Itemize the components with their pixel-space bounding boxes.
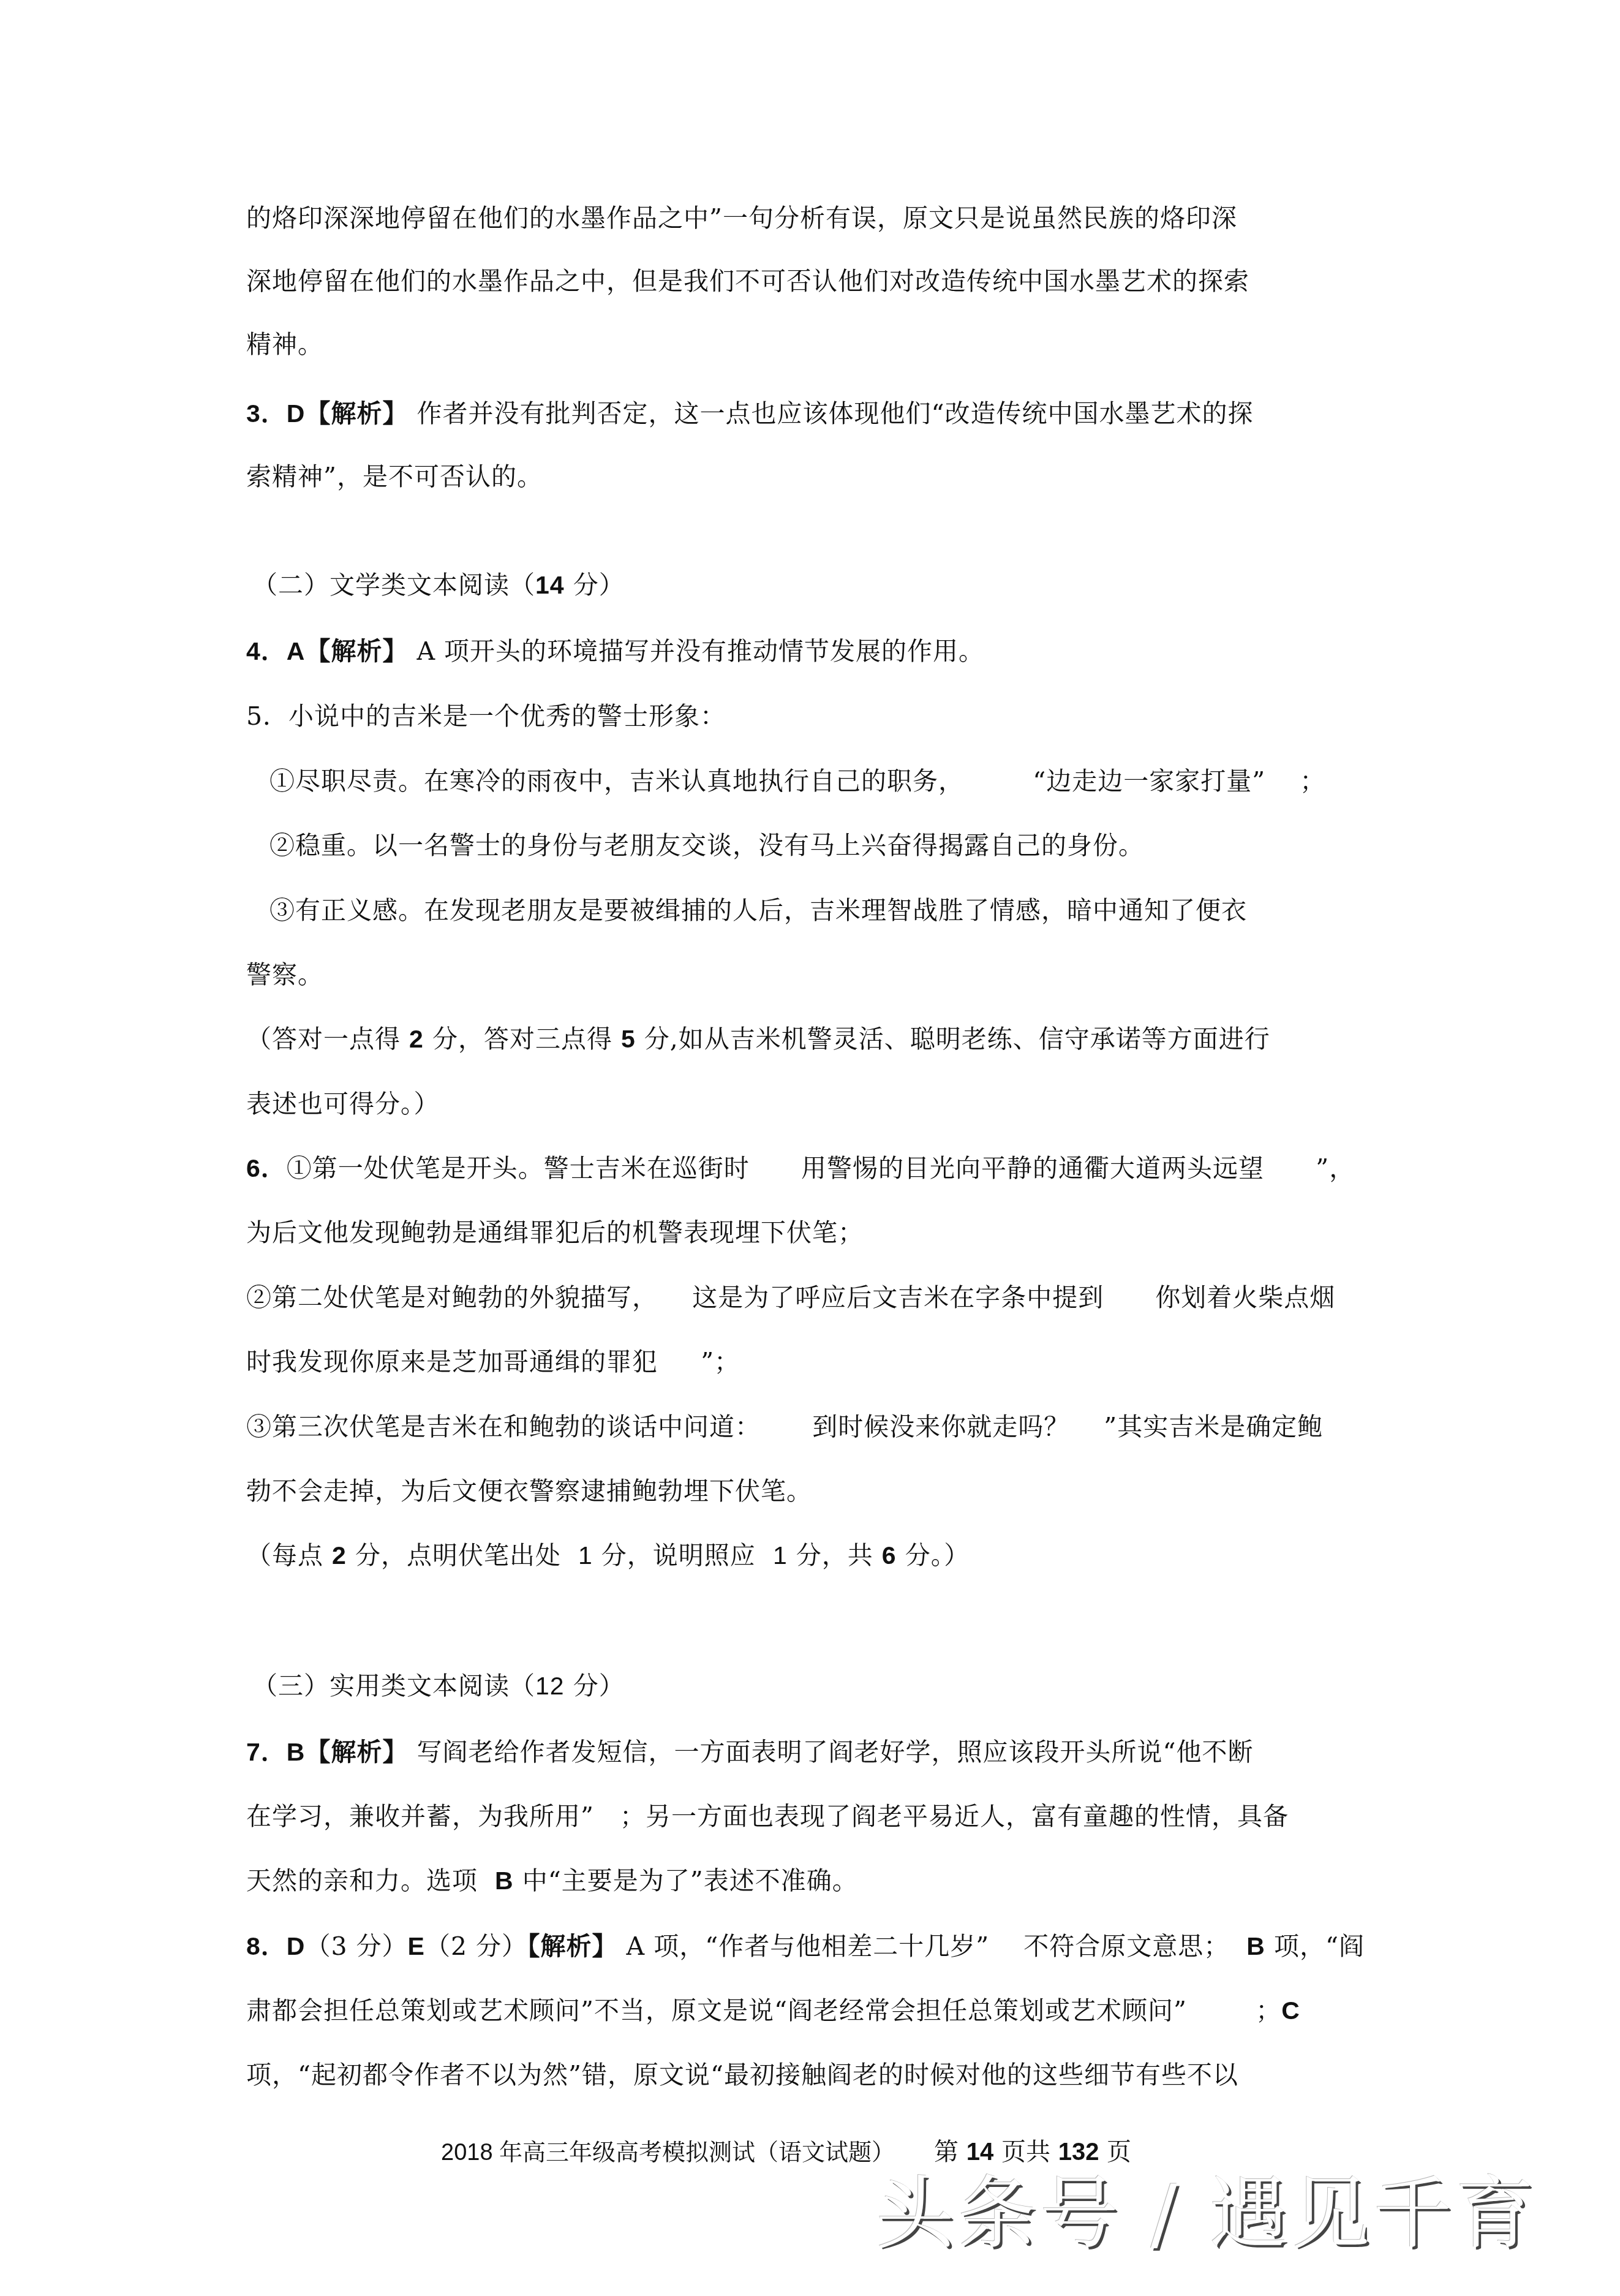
q5-scoring-line-1: （答对一点得 2 分，答对三点得 5 分,如从吉米机警灵活、聪明老练、信守承诺等… xyxy=(246,1024,1270,1054)
q8-text-1a: A 项，“作者与他相差二十几岁” 不符合原文意思； xyxy=(618,1932,1247,1961)
q7-line-1: 7．B【解析】 写阎老给作者发短信，一方面表明了阎老好学，照应该段开头所说“他不… xyxy=(246,1737,1253,1767)
page-suffix: 页 xyxy=(1099,2138,1131,2166)
q6-line-1: 6．①第一处伏笔是开头。警士吉米在巡街时 用警惕的目光向平静的通衢大道两头远望 … xyxy=(246,1153,1355,1184)
page-mid: 页共 xyxy=(993,2138,1058,2166)
page-current: 14 xyxy=(966,2139,994,2166)
q5-scoring-line-2: 表述也可得分。） xyxy=(246,1089,440,1119)
watermark: 头条号 / 遇见千育 xyxy=(876,2172,1538,2257)
q6-line-2: 为后文他发现鲍勃是通缉罪犯后的机警表现埋下伏笔； xyxy=(246,1217,864,1248)
section-3-title: （三）实用类文本阅读（ xyxy=(252,1671,535,1701)
q3-number: 3． xyxy=(246,399,287,428)
q7-option-b: B xyxy=(495,1867,514,1895)
section-2-title: （二）文学类文本阅读（ xyxy=(252,570,535,600)
footer-title-text: 2018 年高三年级高考模拟测试（语文试题） xyxy=(441,2140,895,2166)
q6-scoring-score-3: 1 xyxy=(773,1541,788,1569)
q3-answer: D xyxy=(287,399,306,428)
q2-analysis-line-1: 的烙印深深地停留在他们的水墨作品之中”一句分析有误，原文只是说虽然民族的烙印深 xyxy=(246,203,1237,233)
q6-line-4: 时我发现你原来是芝加哥通缉的罪犯 ”； xyxy=(246,1346,740,1377)
q6-scoring-score-4: 6 xyxy=(882,1541,897,1569)
q4-tag: 【解析】 xyxy=(305,637,408,665)
q5-point-3-cont: 警察。 xyxy=(246,959,323,990)
q7-text-1: 写阎老给作者发短信，一方面表明了阎老好学，照应该段开头所说“他不断 xyxy=(408,1737,1253,1767)
q8-option-c: C xyxy=(1281,1996,1300,2025)
q4-text: A 项开头的环境描写并没有推动情节发展的作用。 xyxy=(408,636,984,666)
q6-scoring-text-c: 分，说明照应 xyxy=(593,1541,773,1570)
q8-line-1: 8．D（3 分）E（2 分）【解析】 A 项，“作者与他相差二十几岁” 不符合原… xyxy=(246,1931,1365,1962)
q3-line-1: 3．D【解析】 作者并没有批判否定，这一点也应该体现他们“改造传统中国水墨艺术的… xyxy=(246,398,1253,429)
section-2-score: 14 xyxy=(535,571,565,599)
q5-scoring-text-b: 分，答对三点得 xyxy=(424,1024,621,1054)
q6-line-6: 勃不会走掉，为后文便衣警察逮捕鲍勃埋下伏笔。 xyxy=(246,1476,812,1506)
q5-scoring-text-c: 分,如从吉米机警灵活、聪明老练、信守承诺等方面进行 xyxy=(636,1024,1270,1054)
q8-option-b: B xyxy=(1246,1932,1265,1960)
q5-intro: 5．小说中的吉米是一个优秀的警士形象： xyxy=(246,701,726,731)
q6-scoring-score-2: 1 xyxy=(578,1541,593,1569)
q6-scoring: （每点 2 分，点明伏笔出处 1 分，说明照应 1 分，共 6 分。） xyxy=(246,1540,970,1571)
q6-scoring-text-d: 分，共 xyxy=(788,1541,882,1570)
q5-scoring-score-2: 5 xyxy=(621,1025,636,1053)
section-3-score: 12 xyxy=(535,1672,565,1700)
q7-tag: 【解析】 xyxy=(305,1738,408,1766)
q8-tag: 【解析】 xyxy=(527,1932,618,1960)
q6-scoring-text-a: （每点 xyxy=(246,1541,332,1570)
q8-answer-2: E xyxy=(408,1932,425,1960)
q7-number: 7． xyxy=(246,1738,287,1766)
q6-line-3: ②第二处伏笔是对鲍勃的外貌描写， 这是为了呼应后文吉米在字条中提到 你划着火柴点… xyxy=(246,1282,1335,1313)
q8-number: 8． xyxy=(246,1932,287,1960)
q5-scoring-score-1: 2 xyxy=(409,1025,424,1053)
footer-title: 2018 年高三年级高考模拟测试（语文试题） xyxy=(441,2138,895,2167)
q3-text-1: 作者并没有批判否定，这一点也应该体现他们“改造传统中国水墨艺术的探 xyxy=(408,399,1253,428)
q7-line-3: 天然的亲和力。选项 B 中“主要是为了”表述不准确。 xyxy=(246,1865,858,1896)
q8-score-1: （3 分） xyxy=(305,1932,407,1961)
q7-text-3c: 中“主要是为了”表述不准确。 xyxy=(514,1866,858,1895)
section-2-score-unit: 分） xyxy=(565,570,625,600)
q8-text-2a: 肃都会担任总策划或艺术顾问”不当，原文是说“阎老经常会担任总策划或艺术顾问” ； xyxy=(246,1996,1281,2025)
section-3-heading: （三）实用类文本阅读（12 分） xyxy=(252,1671,625,1701)
q8-score-2: （2 分） xyxy=(425,1932,527,1961)
q7-line-2: 在学习，兼收并蓄，为我所用” ；另一方面也表现了阎老平易近人，富有童趣的性情，具… xyxy=(246,1801,1289,1832)
q6-text-1: ①第一处伏笔是开头。警士吉米在巡街时 用警惕的目光向平静的通衢大道两头远望 ”， xyxy=(287,1154,1355,1183)
q6-scoring-text-e: 分。） xyxy=(897,1541,970,1570)
q3-line-2: 索精神”，是不可否认的。 xyxy=(246,461,543,492)
q3-tag: 【解析】 xyxy=(305,399,408,428)
q8-text-1c: 项，“阎 xyxy=(1265,1932,1365,1961)
page-prefix: 第 xyxy=(934,2138,966,2166)
q2-analysis-line-3: 精神。 xyxy=(246,329,323,360)
q8-line-2: 肃都会担任总策划或艺术顾问”不当，原文是说“阎老经常会担任总策划或艺术顾问” ；… xyxy=(246,1995,1300,2026)
q6-scoring-score-1: 2 xyxy=(332,1541,347,1569)
q7-answer: B xyxy=(287,1738,306,1766)
page-total: 132 xyxy=(1058,2139,1099,2166)
q7-text-3a: 天然的亲和力。选项 xyxy=(246,1866,495,1895)
q5-point-2: ②稳重。以一名警士的身份与老朋友交谈，没有马上兴奋得揭露自己的身份。 xyxy=(269,830,1144,861)
q5-scoring-text-a: （答对一点得 xyxy=(246,1024,409,1054)
q4-answer: A xyxy=(287,637,306,665)
section-3-score-unit: 分） xyxy=(565,1671,625,1701)
q6-scoring-text-b: 分，点明伏笔出处 xyxy=(347,1541,578,1570)
page-indicator: 第 14 页共 132 页 xyxy=(934,2138,1131,2166)
q5-point-3: ③有正义感。在发现老朋友是要被缉捕的人后，吉米理智战胜了情感，暗中通知了便衣 xyxy=(269,895,1247,926)
q2-analysis-line-2: 深地停留在他们的水墨作品之中，但是我们不可否认他们对改造传统中国水墨艺术的探索 xyxy=(246,266,1249,296)
q8-line-3: 项，“起初都令作者不以为然”错，原文说“最初接触阎老的时候对他的这些细节有些不以 xyxy=(246,2060,1238,2090)
q6-number: 6． xyxy=(246,1154,287,1182)
q4-number: 4． xyxy=(246,637,287,665)
q5-point-1: ①尽职尽责。在寒冷的雨夜中，吉米认真地执行自己的职务， “边走边一家家打量” ； xyxy=(269,766,1325,796)
q6-line-5: ③第三次伏笔是吉米在和鲍勃的谈话中问道： 到时候没来你就走吗？ ”其实吉米是确定… xyxy=(246,1411,1323,1442)
q8-answer-1: D xyxy=(287,1932,306,1960)
q4-line: 4．A【解析】 A 项开头的环境描写并没有推动情节发展的作用。 xyxy=(246,636,984,667)
section-2-heading: （二）文学类文本阅读（14 分） xyxy=(252,570,625,600)
